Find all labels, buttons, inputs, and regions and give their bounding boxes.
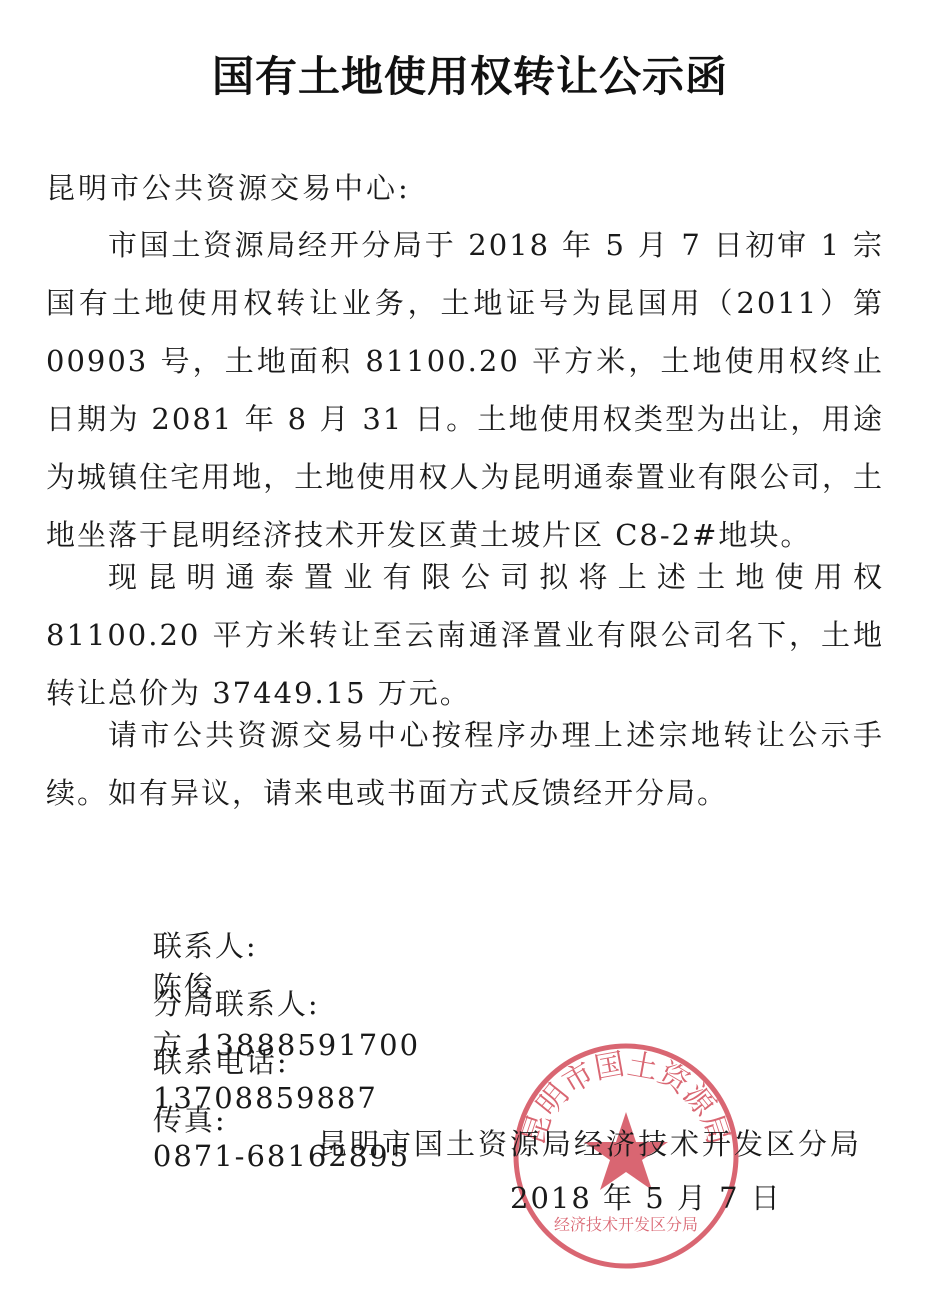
document-title: 国有土地使用权转让公示函 — [0, 44, 940, 104]
salutation: 昆明市公共资源交易中心: — [46, 166, 411, 207]
paragraph-transfer-details: 现昆明通泰置业有限公司拟将上述土地使用权 81100.20 平方米转让至云南通泽… — [46, 548, 884, 722]
fax-label: 传真: — [153, 1103, 227, 1137]
contact-line-2: 分局联系人: 方 13888591700 传真: 0871-68162895 — [108, 948, 420, 1207]
branch-contact: 方 13888591700 — [153, 1028, 420, 1062]
branch-contact-label: 分局联系人: — [153, 987, 320, 1021]
issuer-name: 昆明市国土资源局经济技术开发区分局 — [318, 1122, 862, 1163]
issue-date: 2018 年 5 月 7 日 — [510, 1176, 782, 1217]
paragraph-initial-review: 市国土资源局经开分局于 2018 年 5 月 7 日初审 1 宗国有土地使用权转… — [46, 216, 884, 564]
paragraph-request: 请市公共资源交易中心按程序办理上述宗地转让公示手续。如有异议，请来电或书面方式反… — [46, 706, 884, 822]
svg-text:经济技术开发区分局: 经济技术开发区分局 — [554, 1215, 698, 1234]
